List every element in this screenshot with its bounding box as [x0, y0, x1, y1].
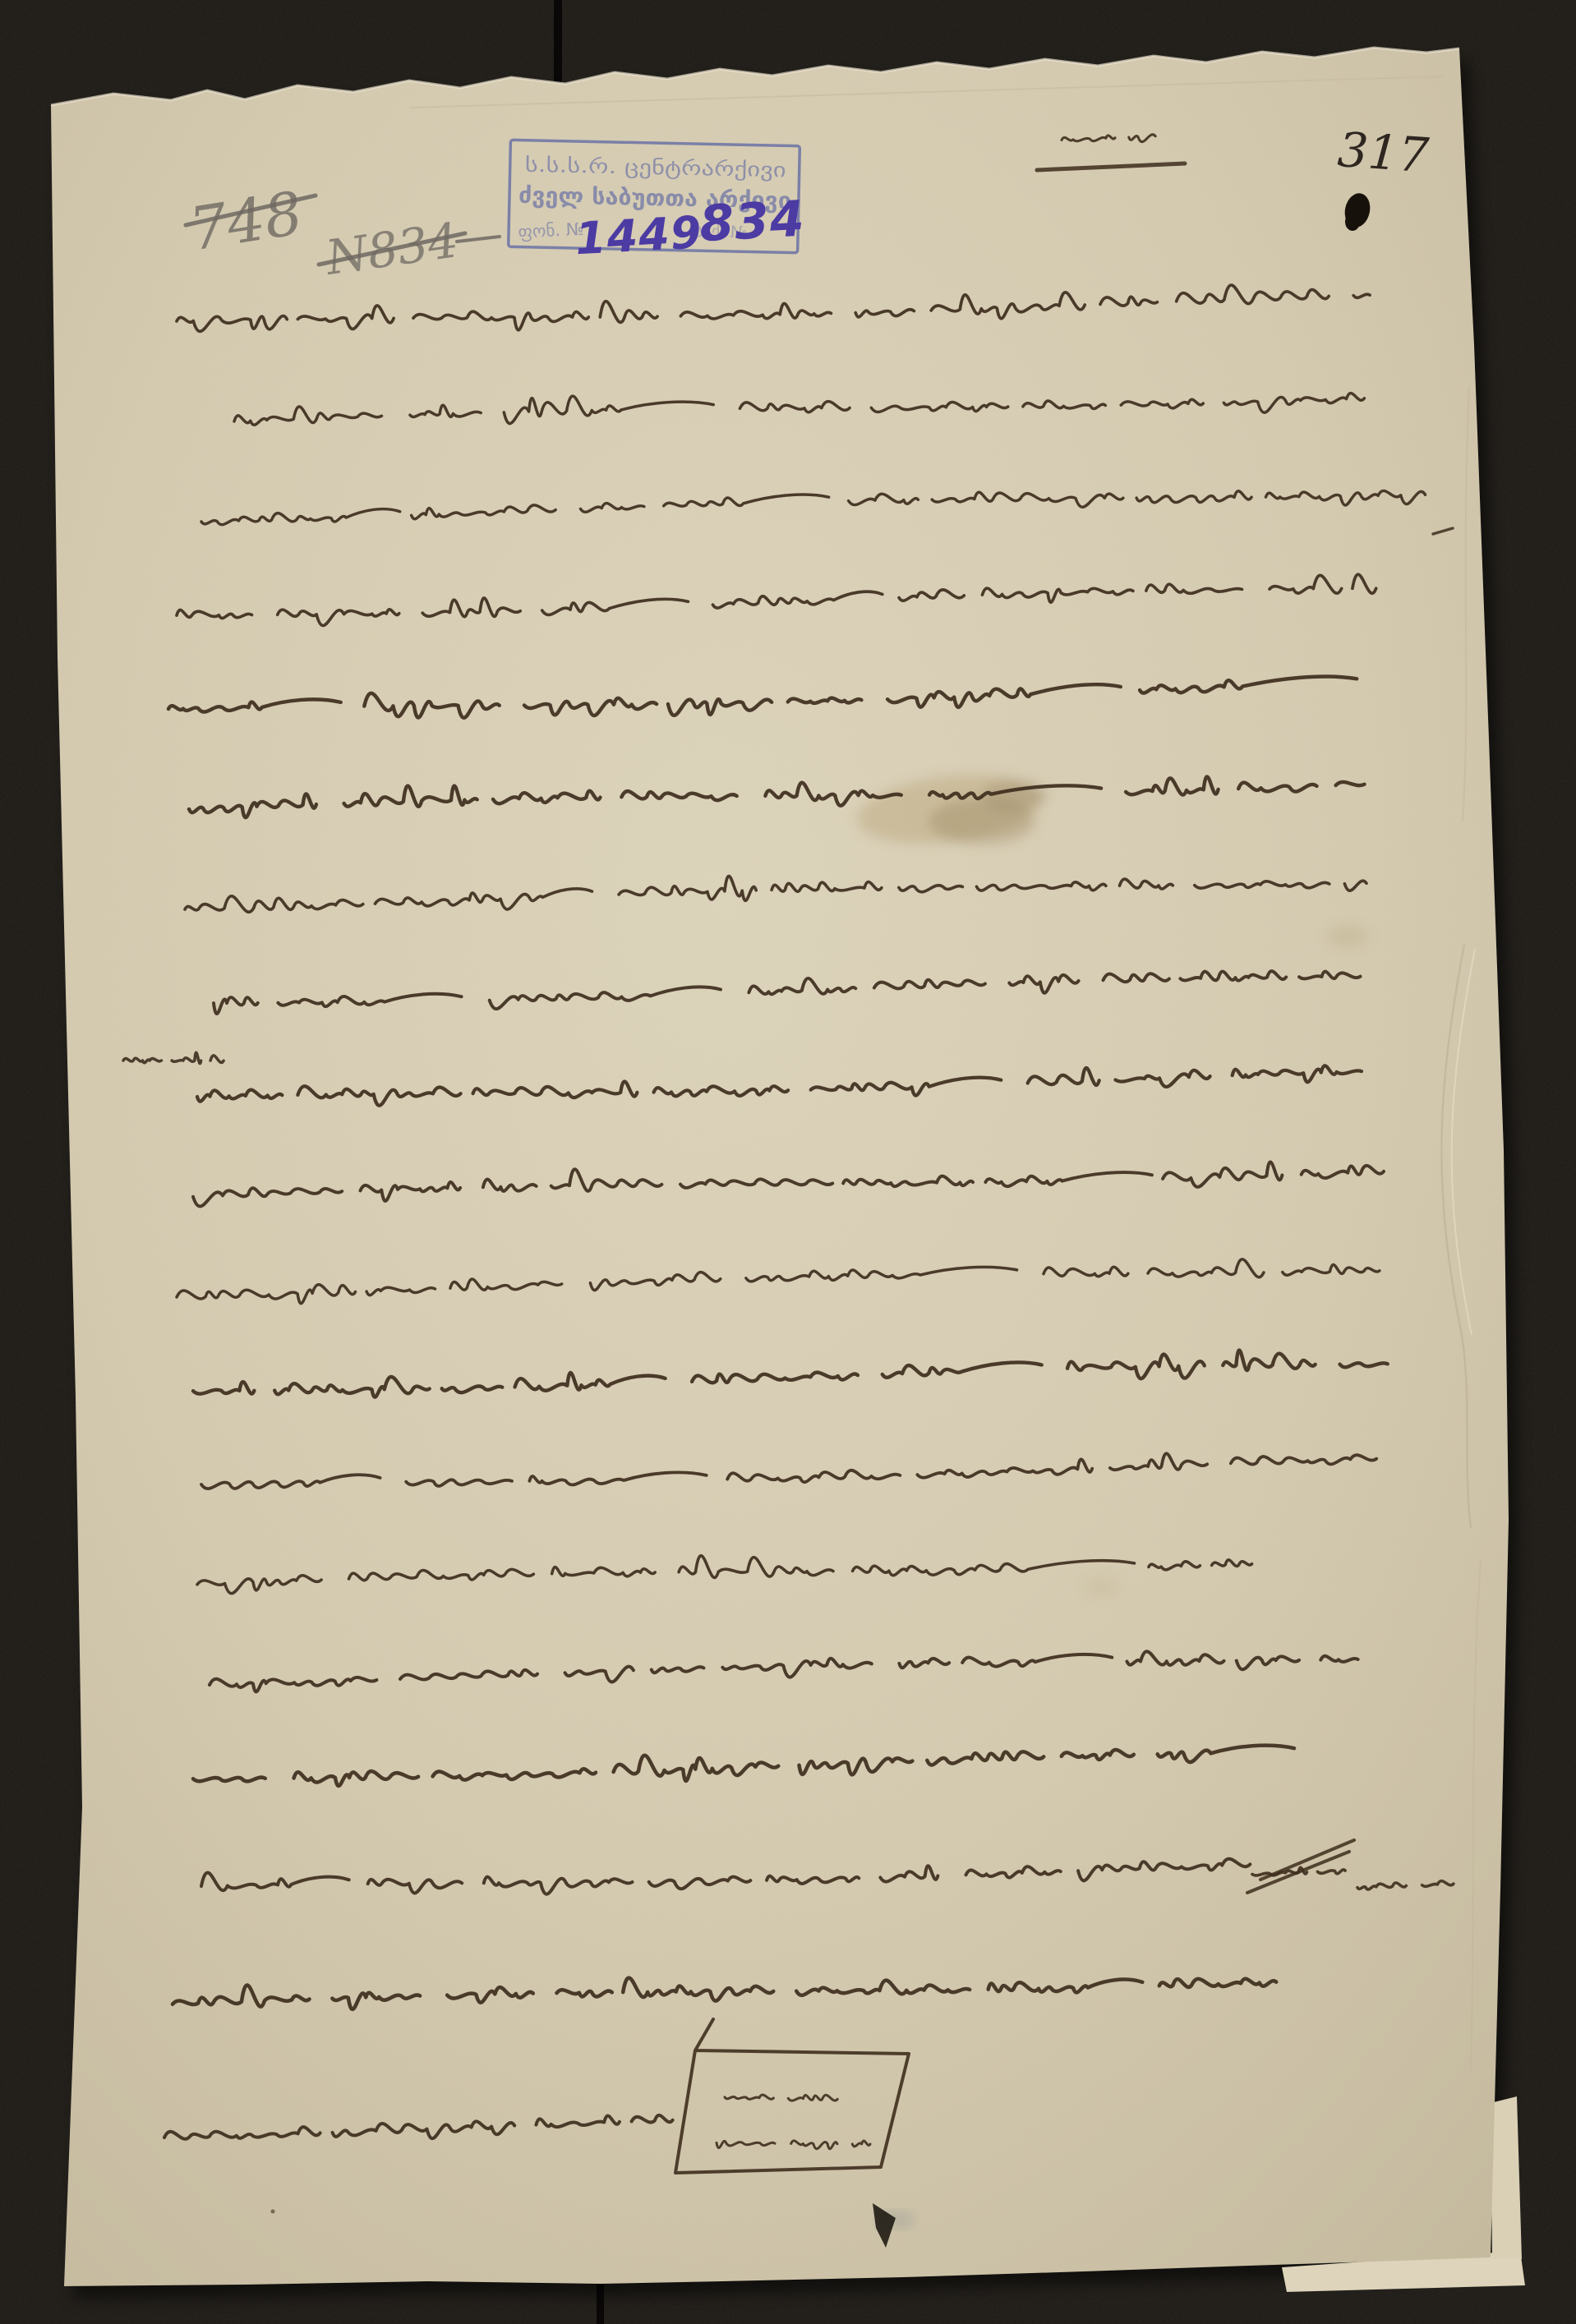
manuscript-scan: ს.ს.ს.რ. ცენტრარქივი ძველ საბუთთა არქივი… — [0, 0, 1576, 2324]
scan-backing-board: ს.ს.ს.რ. ცენტრარქივი ძველ საბუთთა არქივი… — [0, 0, 1576, 2324]
faint-stain — [1083, 1577, 1119, 1597]
case-number: 834 — [698, 191, 807, 254]
under-sheet-corner — [1491, 2096, 1522, 2259]
page-number: 317 — [1336, 122, 1431, 184]
fond-number: 1449 — [574, 206, 703, 265]
small-stain — [1326, 925, 1369, 948]
ink-speck — [271, 2210, 275, 2214]
paper-grain-texture — [46, 44, 1517, 2295]
board-slit-top — [554, 0, 562, 84]
